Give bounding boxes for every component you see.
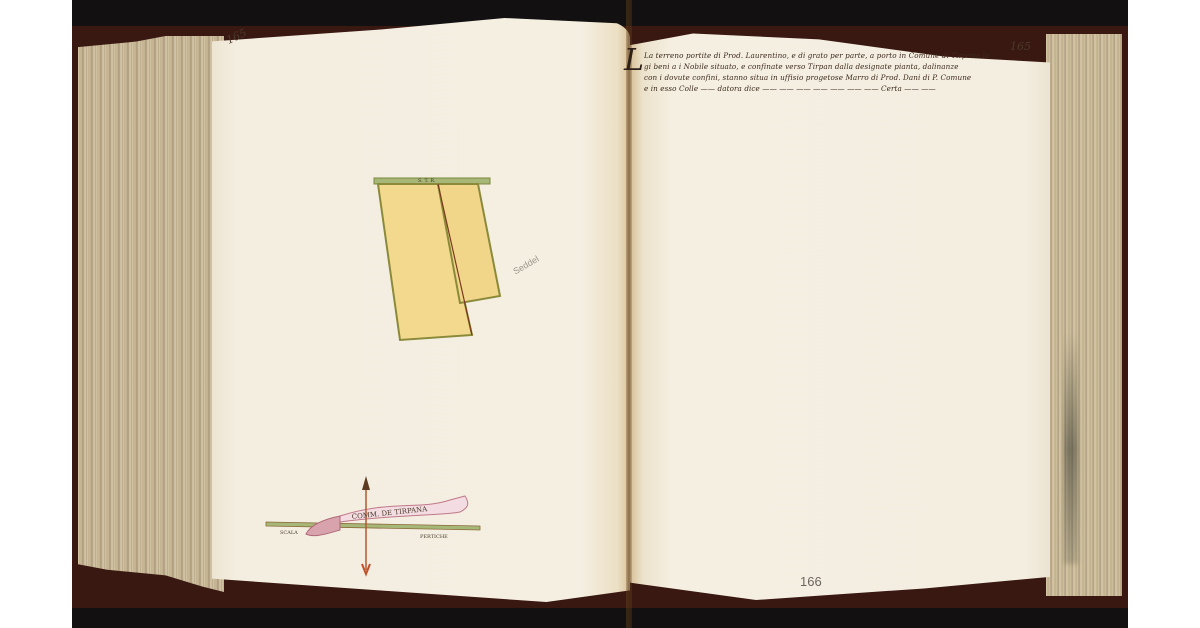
text-line: e in esso Colle —— datora dice —— —— —— … — [628, 83, 1028, 94]
arrow-head — [362, 476, 370, 490]
road-label: S. T. R. — [418, 178, 436, 184]
book-gutter — [626, 0, 632, 628]
decorated-initial: L — [624, 46, 644, 76]
svg-text:PERTICHE: PERTICHE — [420, 534, 448, 540]
svg-text:SCALA: SCALA — [280, 530, 298, 536]
text-line: con i dovute confini, stanno situa in uf… — [628, 72, 1028, 83]
water-stain — [1064, 334, 1078, 564]
pencil-page-number: 166 — [800, 574, 822, 589]
scale-bar — [266, 522, 480, 530]
page-block-left — [78, 36, 224, 592]
book-scan — [72, 0, 1128, 628]
right-page — [630, 22, 1050, 600]
page-block-right — [1046, 34, 1122, 596]
compass-scale-bar: COMM. DE TIRPANA SCALA PERTICHE — [260, 470, 490, 580]
parcel-map: S. T. R. — [360, 170, 520, 350]
text-line: La terreno portite di Prod. Laurentino, … — [628, 50, 1028, 61]
text-line: gi beni a i Nobile situato, e confinate … — [628, 61, 1028, 72]
manuscript-text: L La terreno portite di Prod. Laurentino… — [628, 50, 1028, 94]
